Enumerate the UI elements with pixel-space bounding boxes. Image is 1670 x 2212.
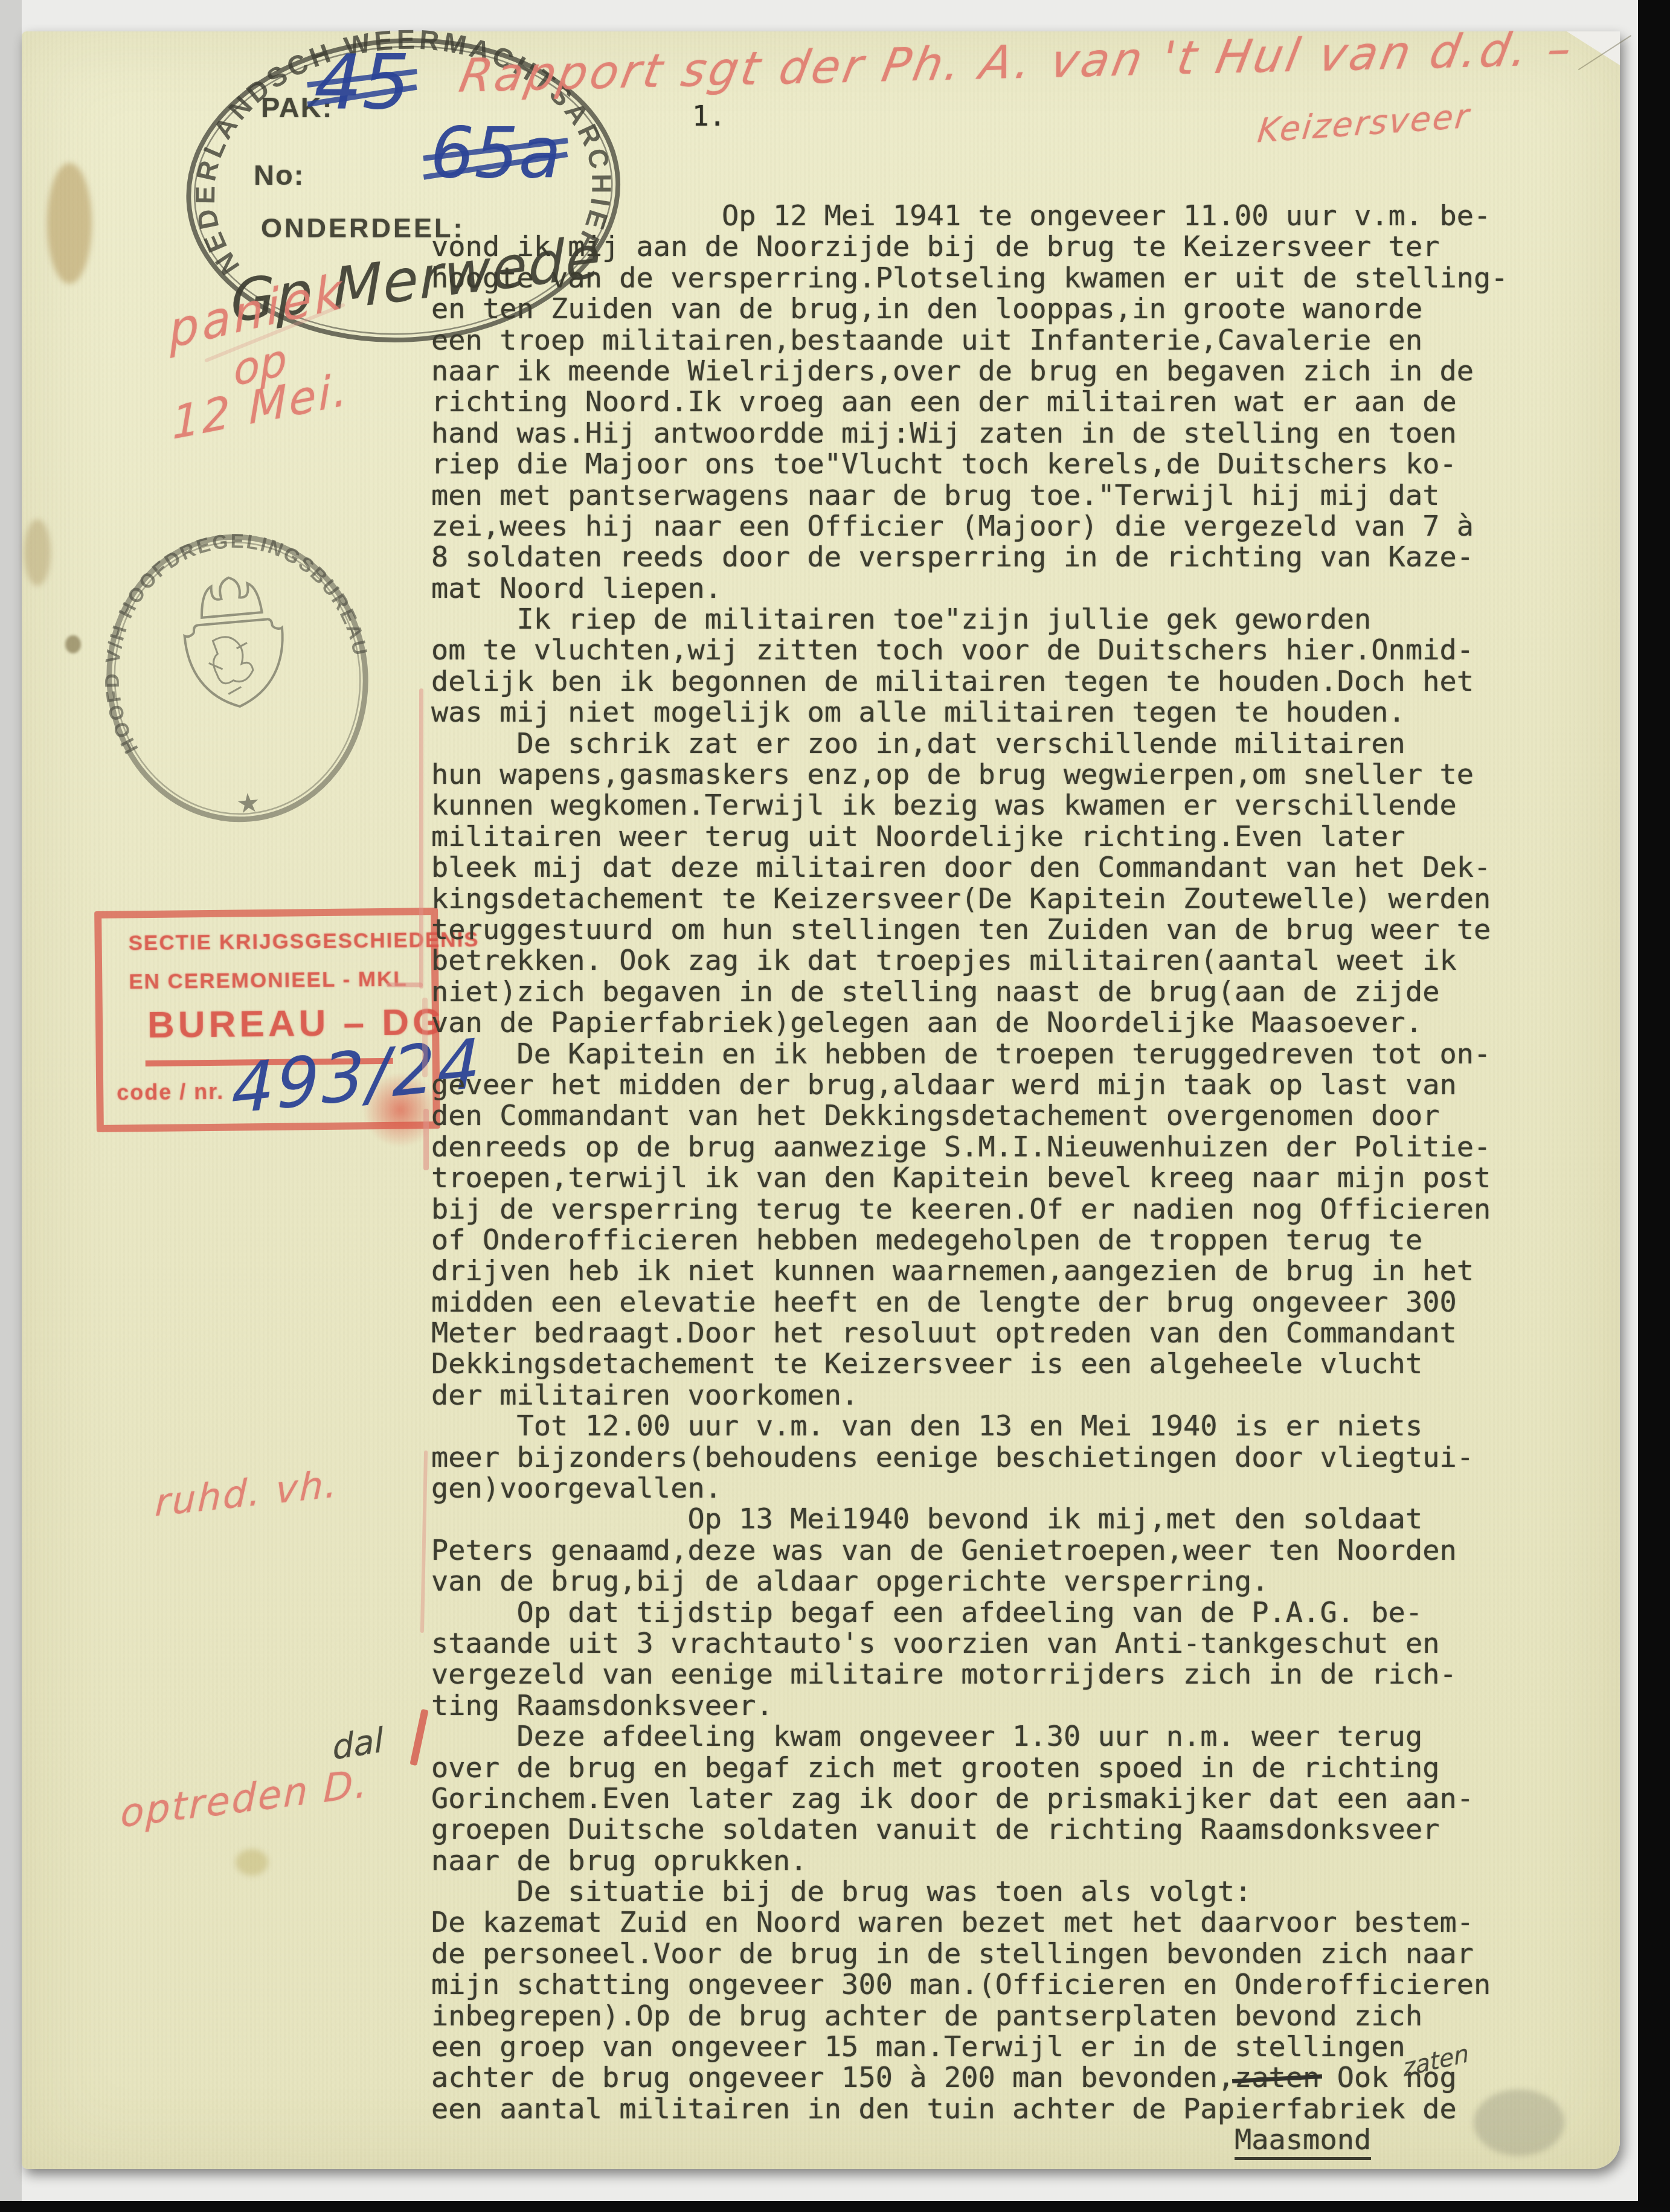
typed-line: Meter bedraagt.Door het resoluut optrede…: [431, 1318, 1508, 1348]
paper-stain: [65, 635, 81, 653]
typed-line: over de brug en begaf zich met grooten s…: [431, 1752, 1508, 1783]
typed-text: Op 12 Mei 1941 te ongeveer 11.00 uur v.m…: [431, 200, 1508, 2156]
typed-line: Op 13 Mei1940 bevond ik mij,met den sold…: [431, 1504, 1508, 1534]
stamp-star-icon: ★: [235, 787, 262, 820]
typed-line: hand was.Hij antwoordde mij:Wij zaten in…: [431, 418, 1508, 449]
typed-line: meer bijzonders(behoudens eenige beschie…: [431, 1442, 1508, 1473]
typed-line: of Onderofficieren hebben medegeholpen d…: [431, 1225, 1508, 1255]
typed-line: een groep van ongeveer 15 man.Terwijl er…: [431, 2031, 1508, 2062]
typed-line: zei,wees hij naar een Officier (Majoor) …: [431, 511, 1508, 542]
coat-of-arms: [180, 574, 289, 711]
typed-line: Op dat tijdstip begaf een afdeeling van …: [431, 1597, 1508, 1628]
underlined-word: Maasmond: [1235, 2123, 1371, 2160]
typed-line: Tot 12.00 uur v.m. van den 13 en Mei 194…: [431, 1411, 1508, 1441]
typed-line: 8 soldaten reeds door de versperring in …: [431, 542, 1508, 572]
paper-stain: [47, 163, 92, 284]
typed-line: drijven heb ik niet kunnen waarnemen,aan…: [431, 1255, 1508, 1286]
pencil-margin-note: dal: [332, 1720, 385, 1768]
typed-line: denreeds op de brug aanwezige S.M.I.Nieu…: [431, 1132, 1508, 1162]
typed-line: bij de versperring terug te keeren.Of er…: [431, 1194, 1508, 1225]
typed-line: Maasmond: [431, 2124, 1508, 2155]
typed-line: om te vluchten,wij zitten toch voor de D…: [431, 635, 1508, 665]
page-number: 1.: [692, 100, 725, 132]
typed-line: Dekkingsdetachement te Keizersveer is ee…: [431, 1348, 1508, 1379]
typed-line: een troep militairen,bestaande uit Infan…: [431, 325, 1508, 356]
typed-line: gen)voorgevallen.: [431, 1473, 1508, 1504]
typed-line: achter de brug ongeveer 150 à 200 man be…: [431, 2062, 1508, 2093]
typed-line: van de brug,bij de aldaar opgerichte ver…: [431, 1566, 1508, 1597]
typed-line: niet)zich begaven in de stelling naast d…: [431, 976, 1508, 1007]
typed-line: staande uit 3 vrachtauto's voorzien van …: [431, 1628, 1508, 1659]
typed-line: teruggestuurd om hun stellingen ten Zuid…: [431, 914, 1508, 945]
typed-line: Ik riep de militairen toe"zijn jullie ge…: [431, 604, 1508, 635]
handwritten-pak-number: 45: [314, 39, 410, 126]
typed-line: men met pantserwagens naar de brug toe."…: [431, 480, 1508, 511]
typed-line: bleek mij dat deze militairen door den C…: [431, 852, 1508, 883]
typed-line: Peters genaamd,deze was van de Genietroe…: [431, 1535, 1508, 1566]
scanner-backing-left-edge: [0, 0, 22, 2201]
paper-stain: [24, 519, 51, 586]
typed-line: De kazemat Zuid en Noord waren bezet met…: [431, 1907, 1508, 1938]
text-segment: Ook nog: [1320, 2061, 1456, 2094]
typed-line: De schrik zat er zoo in,dat verschillend…: [431, 728, 1508, 759]
typed-line: midden een elevatie heeft en de lengte d…: [431, 1287, 1508, 1318]
red-margin-line: [423, 1109, 429, 1170]
typed-line: militairen weer terug uit Noordelijke ri…: [431, 821, 1508, 852]
typed-line: van de Papierfabriek)gelegen aan de Noor…: [431, 1007, 1508, 1038]
typed-line: troepen,terwijl ik van den Kapitein beve…: [431, 1162, 1508, 1193]
red-margin-line: [422, 998, 428, 1077]
red-stamp-line1: SECTIE KRIJGSGESCHIEDENIS: [128, 928, 479, 955]
red-margin-line: [419, 688, 423, 989]
handwritten-no-number: 65a: [430, 113, 561, 194]
red-stamp-line4: code / nr.: [117, 1079, 224, 1106]
typed-line: der militairen voorkomen.: [431, 1380, 1508, 1411]
typed-line: mijn schatting ongeveer 300 man.(Officie…: [431, 1969, 1508, 2000]
typed-line: vergezeld van eenige militaire motorrijd…: [431, 1659, 1508, 1690]
red-margin-line-hook: [387, 983, 423, 987]
typed-line: hoogte van de versperring.Plotseling kwa…: [431, 263, 1508, 293]
typed-line: De situatie bij de brug was toen als vol…: [431, 1876, 1508, 1907]
typed-line: De Kapitein en ik hebben de troepen teru…: [431, 1039, 1508, 1069]
typed-line: mat Noord liepen.: [431, 573, 1508, 604]
typed-line: Gorinchem.Even later zag ik door de pris…: [431, 1783, 1508, 1814]
typed-line: kunnen wegkomen.Terwijl ik bezig was kwa…: [431, 790, 1508, 821]
text-segment: [431, 2123, 1235, 2156]
typed-line: een aantal militairen in den tuin achter…: [431, 2094, 1508, 2124]
paper-stain: [236, 1849, 268, 1876]
typed-line: inbegrepen).Op de brug achter de pantser…: [431, 2001, 1508, 2031]
red-stamp-line2: EN CEREMONIEEL - MKL: [129, 967, 408, 995]
typed-line: naar de brug oprukken.: [431, 1845, 1508, 1876]
typed-line: hun wapens,gasmaskers enz,op de brug weg…: [431, 759, 1508, 790]
typed-line: Deze afdeeling kwam ongeveer 1.30 uur n.…: [431, 1721, 1508, 1752]
typed-line: den Commandant van het Dekkingsdetacheme…: [431, 1100, 1508, 1131]
stamp-field-no: No:: [254, 158, 304, 191]
typed-line: kingsdetachement te Keizersveer(De Kapit…: [431, 883, 1508, 914]
text-segment: achter de brug ongeveer 150 à 200 man be…: [431, 2061, 1235, 2094]
scanned-document-page: NEDERLANDSCH WEERMACHTSARCHIEF PAK: No: …: [0, 0, 1670, 2212]
typed-line: geveer het midden der brug,aldaar werd m…: [431, 1069, 1508, 1100]
stamp-outer-ring: [97, 526, 377, 830]
typed-line: groepen Duitsche soldaten vanuit de rich…: [431, 1814, 1508, 1845]
typed-line: ting Raamsdonksveer.: [431, 1690, 1508, 1721]
typed-line: Op 12 Mei 1941 te ongeveer 11.00 uur v.m…: [431, 200, 1508, 231]
typed-line: en ten Zuiden van de brug,in den looppas…: [431, 293, 1508, 324]
typed-line: naar ik meende Wielrijders,over de brug …: [431, 356, 1508, 386]
struck-word: zaten: [1235, 2061, 1320, 2094]
bureau-round-stamp: HOOFD V/H HOOFDREGELINGSBUREAU ★: [83, 512, 393, 844]
typed-line: richting Noord.Ik vroeg aan een der mili…: [431, 386, 1508, 417]
typed-line: vond ik mij aan de Noorzijde bij de brug…: [431, 231, 1508, 262]
typed-line: was mij niet mogelijk om alle militairen…: [431, 697, 1508, 728]
typed-line: riep die Majoor ons toe"Vlucht toch kere…: [431, 449, 1508, 479]
typed-line: delijk ben ik begonnen de militairen teg…: [431, 666, 1508, 697]
typed-line: de personeel.Voor de brug in de stelling…: [431, 1938, 1508, 1969]
typed-line: betrekken. Ook zag ik dat troepjes milit…: [431, 945, 1508, 976]
